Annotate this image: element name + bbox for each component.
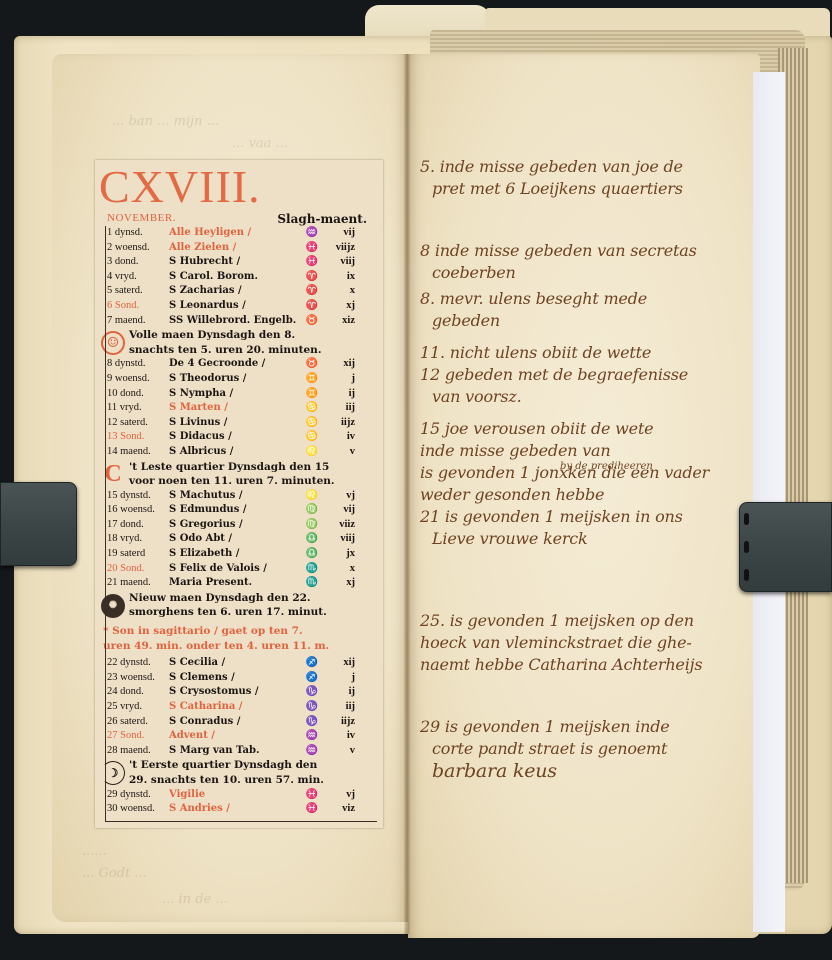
moon-phase-last-quarter: C 't Leste quartier Dynsdagh den 15 voor… — [107, 460, 377, 489]
zodiac-sign-icon: ♋ — [299, 401, 325, 416]
note-entry-11-12: 11. nicht ulens obiit de wette 12 gebede… — [420, 342, 755, 408]
zodiac-sign-icon: ♑ — [299, 715, 325, 730]
zodiac-sign-icon: ♍ — [299, 518, 325, 533]
zodiac-sign-icon: ♋ — [299, 430, 325, 445]
bleed-through-text: ... Godt ... — [82, 866, 147, 881]
zodiac-sign-icon: ♏ — [299, 562, 325, 577]
saint-name: S Felix de Valois / — [169, 562, 299, 577]
calendar-day-row: 3 dond.S Hubrecht /♓viij — [107, 255, 377, 270]
golden-number: iij — [325, 700, 355, 715]
golden-number: iv — [325, 430, 355, 445]
saint-name: S Clemens / — [169, 671, 299, 686]
bleed-through-text: ...... — [82, 844, 107, 859]
note-line: 5. inde misse gebeden van joe de — [420, 156, 755, 178]
moon-phase-full: ☺ Volle maen Dynsdagh den 8. snachts ten… — [107, 328, 377, 357]
zodiac-sign-icon: ♈ — [299, 270, 325, 285]
saint-name: Alle Zielen / — [169, 241, 299, 256]
golden-number: v — [325, 445, 355, 460]
day-label: 27 Sond. — [107, 729, 169, 744]
saint-name: Advent / — [169, 729, 299, 744]
day-label: 19 saterd — [107, 547, 169, 562]
moon-phase-new: ✺ Nieuw maen Dynsdagh den 22. smorghens … — [107, 591, 377, 620]
moon-phase-text: Volle maen Dynsdagh den 8. — [129, 328, 321, 343]
saint-name: S Livinus / — [169, 416, 299, 431]
day-label: 7 maend. — [107, 314, 169, 329]
moon-phase-text: smorghens ten 6. uren 17. minut. — [129, 605, 327, 620]
calendar-day-row: 21 maend.Maria Present.♏xj — [107, 576, 377, 591]
golden-number: iijz — [325, 416, 355, 431]
calendar-day-row: 18 vryd.S Odo Abt /♎viij — [107, 532, 377, 547]
note-line: 21 is gevonden 1 meijsken in ons — [420, 506, 755, 528]
day-label: 26 saterd. — [107, 715, 169, 730]
calendar-day-row: 13 Sond.S Didacus /♋iv — [107, 430, 377, 445]
moon-phase-text: 't Leste quartier Dynsdagh den 15 — [129, 460, 335, 475]
moon-phase-text: 29. snachts ten 10. uren 57. min. — [129, 773, 324, 788]
zodiac-sign-icon: ♐ — [299, 656, 325, 671]
zodiac-sign-icon: ♈ — [299, 299, 325, 314]
saint-name: S Theodorus / — [169, 372, 299, 387]
calendar-day-row: 10 dond.S Nympha /♊ij — [107, 387, 377, 402]
saint-name: S Carol. Borom. — [169, 270, 299, 285]
day-label: 2 woensd. — [107, 241, 169, 256]
calendar-day-row: 6 Sond.S Leonardus /♈xj — [107, 299, 377, 314]
note-line: Lieve vrouwe kerck — [420, 528, 755, 550]
golden-number: jx — [325, 547, 355, 562]
day-label: 15 dynstd. — [107, 489, 169, 504]
zodiac-sign-icon: ♌ — [299, 489, 325, 504]
note-line: corte pandt straet is genoemt — [420, 738, 755, 760]
month-header: NOVEMBER. Slagh-maent. — [107, 212, 377, 226]
saint-name: S Hubrecht / — [169, 255, 299, 270]
sun-sign-note: * Son in sagittario / gaet op ten 7. ure… — [103, 624, 377, 653]
calendar-day-row: 20 Sond.S Felix de Valois /♏x — [107, 562, 377, 577]
note-line: van voorsz. — [420, 386, 755, 408]
zodiac-sign-icon: ♓ — [299, 255, 325, 270]
zodiac-sign-icon: ♉ — [299, 314, 325, 329]
calendar-day-row: 19 saterdS Elizabeth /♎jx — [107, 547, 377, 562]
zodiac-sign-icon: ♓ — [299, 241, 325, 256]
golden-number: vj — [325, 489, 355, 504]
zodiac-sign-icon: ♓ — [299, 802, 325, 817]
calendar-day-row: 24 dond.S Crysostomus /♑ij — [107, 685, 377, 700]
calendar-day-row: 25 vryd.S Catharina /♑iij — [107, 700, 377, 715]
calendar-day-row: 8 dynstd.De 4 Gecroonde /♉xij — [107, 357, 377, 372]
zodiac-sign-icon: ♎ — [299, 547, 325, 562]
note-line: barbara keus — [420, 760, 755, 782]
note-line: 8 inde misse gebeden van secretas — [420, 240, 755, 262]
note-entry-8a: 8 inde misse gebeden van secretas coeber… — [420, 240, 755, 284]
note-line: hoeck van vleminckstraet die ghe- — [420, 632, 755, 654]
calendar-block-2: 8 dynstd.De 4 Gecroonde /♉xij9 woensd.S … — [107, 357, 377, 459]
left-clasp — [0, 482, 77, 566]
gutter — [404, 54, 410, 934]
golden-number: j — [325, 372, 355, 387]
day-label: 25 vryd. — [107, 700, 169, 715]
day-label: 5 saterd. — [107, 284, 169, 299]
moon-phase-text: voor noen ten 11. uren 7. minuten. — [129, 474, 335, 489]
golden-number: viij — [325, 255, 355, 270]
moon-phase-first-quarter: ☽ 't Eerste quartier Dynsdagh den 29. sn… — [107, 758, 377, 787]
almanac-calendar-leaf: CXVIII. NOVEMBER. Slagh-maent. 1 dynsd.A… — [95, 160, 383, 828]
zodiac-sign-icon: ♎ — [299, 532, 325, 547]
calendar-day-row: 14 maend.S Albricus /♌v — [107, 445, 377, 460]
saint-name: S Gregorius / — [169, 518, 299, 533]
saint-name: S Nympha / — [169, 387, 299, 402]
calendar-day-row: 15 dynstd.S Machutus /♌vj — [107, 489, 377, 504]
clasp-rivet-hole — [744, 513, 749, 525]
golden-number: xij — [325, 656, 355, 671]
calendar-day-row: 23 woensd.S Clemens /♐j — [107, 671, 377, 686]
saint-name: S Elizabeth / — [169, 547, 299, 562]
day-label: 14 maend. — [107, 445, 169, 460]
calendar-day-row: 16 woensd.S Edmundus /♍vij — [107, 503, 377, 518]
day-label: 12 saterd. — [107, 416, 169, 431]
calendar-block-3: 15 dynstd.S Machutus /♌vj16 woensd.S Edm… — [107, 489, 377, 591]
note-line: coeberben — [420, 262, 755, 284]
note-line: 25. is gevonden 1 meijsken op den — [420, 610, 755, 632]
calendar-day-row: 30 woensd.S Andries /♓viz — [107, 802, 377, 817]
calendar-day-row: 7 maend.SS Willebrord. Engelb.♉xiz — [107, 314, 377, 329]
right-clasp — [739, 502, 832, 592]
golden-number: vij — [325, 503, 355, 518]
calendar-day-row: 27 Sond.Advent /♒iv — [107, 729, 377, 744]
day-label: 6 Sond. — [107, 299, 169, 314]
golden-number: xj — [325, 576, 355, 591]
clasp-rivet-hole — [744, 541, 749, 553]
golden-number: viiz — [325, 518, 355, 533]
day-label: 20 Sond. — [107, 562, 169, 577]
saint-name: S Andries / — [169, 802, 299, 817]
golden-number: xiz — [325, 314, 355, 329]
zodiac-sign-icon: ♑ — [299, 685, 325, 700]
calendar-day-row: 1 dynsd.Alle Heyligen /♒vij — [107, 226, 377, 241]
saint-name: S Didacus / — [169, 430, 299, 445]
month-latin: NOVEMBER. — [107, 212, 176, 226]
note-line: 8. mevr. ulens beseght mede — [420, 288, 755, 310]
note-line: 12 gebeden met de begraefenisse — [420, 364, 755, 386]
zodiac-sign-icon: ♋ — [299, 416, 325, 431]
calendar-day-row: 28 maend.S Marg van Tab.♒v — [107, 744, 377, 759]
day-label: 1 dynsd. — [107, 226, 169, 241]
folio-number: CXVIII. — [99, 164, 377, 210]
note-entry-15: 15 joe verousen obiit de wete inde misse… — [420, 418, 755, 506]
day-label: 28 maend. — [107, 744, 169, 759]
note-line: 15 joe verousen obiit de wete — [420, 418, 755, 440]
saint-name: S Marg van Tab. — [169, 744, 299, 759]
golden-number: iv — [325, 729, 355, 744]
golden-number: xj — [325, 299, 355, 314]
border-rule — [105, 226, 106, 822]
golden-number: x — [325, 284, 355, 299]
day-label: 30 woensd. — [107, 802, 169, 817]
zodiac-sign-icon: ♒ — [299, 729, 325, 744]
saint-name: SS Willebrord. Engelb. — [169, 314, 299, 329]
saint-name: S Edmundus / — [169, 503, 299, 518]
calendar-day-row: 5 saterd.S Zacharias /♈x — [107, 284, 377, 299]
zodiac-sign-icon: ♏ — [299, 576, 325, 591]
clasp-rivet-hole — [744, 569, 749, 581]
day-label: 21 maend. — [107, 576, 169, 591]
golden-number: xij — [325, 357, 355, 372]
day-label: 16 woensd. — [107, 503, 169, 518]
saint-name: S Odo Abt / — [169, 532, 299, 547]
calendar-day-row: 17 dond.S Gregorius /♍viiz — [107, 518, 377, 533]
moon-phase-text: 't Eerste quartier Dynsdagh den — [129, 758, 324, 773]
note-line: weder gesonden hebbe — [420, 484, 755, 506]
saint-name: S Albricus / — [169, 445, 299, 460]
border-rule — [105, 821, 377, 822]
note-entry-21: 21 is gevonden 1 meijsken in ons Lieve v… — [420, 506, 755, 550]
day-label: 13 Sond. — [107, 430, 169, 445]
saint-name: S Leonardus / — [169, 299, 299, 314]
zodiac-sign-icon: ♑ — [299, 700, 325, 715]
saint-name: S Machutus / — [169, 489, 299, 504]
month-dutch: Slagh-maent. — [277, 212, 367, 226]
calendar-day-row: 9 woensd.S Theodorus /♊j — [107, 372, 377, 387]
day-label: 11 vryd. — [107, 401, 169, 416]
golden-number: ij — [325, 387, 355, 402]
day-label: 10 dond. — [107, 387, 169, 402]
bleed-through-text: ... vaa ... — [232, 136, 288, 151]
zodiac-sign-icon: ♒ — [299, 744, 325, 759]
saint-name: Vigilie — [169, 788, 299, 803]
calendar-day-row: 11 vryd.S Marten /♋iij — [107, 401, 377, 416]
golden-number: viz — [325, 802, 355, 817]
saint-name: S Catharina / — [169, 700, 299, 715]
calendar-day-row: 4 vryd.S Carol. Borom.♈ix — [107, 270, 377, 285]
note-entry-25: 25. is gevonden 1 meijsken op den hoeck … — [420, 610, 755, 676]
saint-name: S Conradus / — [169, 715, 299, 730]
zodiac-sign-icon: ♊ — [299, 372, 325, 387]
golden-number: viijz — [325, 241, 355, 256]
day-label: 9 woensd. — [107, 372, 169, 387]
golden-number: ix — [325, 270, 355, 285]
saint-name: Alle Heyligen / — [169, 226, 299, 241]
golden-number: viij — [325, 532, 355, 547]
calendar-day-row: 26 saterd.S Conradus /♑iijz — [107, 715, 377, 730]
calendar-block-4: 22 dynstd.S Cecilia /♐xij23 woensd.S Cle… — [107, 656, 377, 758]
saint-name: S Cecilia / — [169, 656, 299, 671]
note-entry-5: 5. inde misse gebeden van joe de pret me… — [420, 156, 755, 200]
bleed-through-text: ... in de ... — [162, 892, 228, 907]
day-label: 29 dynstd. — [107, 788, 169, 803]
saint-name: Maria Present. — [169, 576, 299, 591]
calendar-day-row: 12 saterd.S Livinus /♋iijz — [107, 416, 377, 431]
zodiac-sign-icon: ♓ — [299, 788, 325, 803]
zodiac-sign-icon: ♒ — [299, 226, 325, 241]
note-line: 11. nicht ulens obiit de wette — [420, 342, 755, 364]
note-line: gebeden — [420, 310, 755, 332]
day-label: 3 dond. — [107, 255, 169, 270]
bleed-through-text: ... ban ... mijn ... — [112, 114, 219, 129]
calendar-day-row: 2 woensd.Alle Zielen /♓viijz — [107, 241, 377, 256]
zodiac-sign-icon: ♉ — [299, 357, 325, 372]
zodiac-sign-icon: ♐ — [299, 671, 325, 686]
note-line: pret met 6 Loeijkens quaertiers — [420, 178, 755, 200]
saint-name: De 4 Gecroonde / — [169, 357, 299, 372]
moon-phase-text: Nieuw maen Dynsdagh den 22. — [129, 591, 327, 606]
day-label: 8 dynstd. — [107, 357, 169, 372]
note-entry-8b: 8. mevr. ulens beseght mede gebeden — [420, 288, 755, 332]
calendar-block-5: 29 dynstd.Vigilie♓vj30 woensd.S Andries … — [107, 788, 377, 817]
day-label: 23 woensd. — [107, 671, 169, 686]
golden-number: j — [325, 671, 355, 686]
golden-number: ij — [325, 685, 355, 700]
day-label: 18 vryd. — [107, 532, 169, 547]
day-label: 17 dond. — [107, 518, 169, 533]
saint-name: S Crysostomus / — [169, 685, 299, 700]
note-line: naemt hebbe Catharina Achterheijs — [420, 654, 755, 676]
golden-number: vj — [325, 788, 355, 803]
saint-name: S Marten / — [169, 401, 299, 416]
note-line: 29 is gevonden 1 meijsken inde — [420, 716, 755, 738]
book-photo: ... ban ... mijn ... ... vaa ... ...... … — [0, 0, 832, 960]
sun-note-line: uren 49. min. onder ten 4. uren 11. m. — [103, 639, 377, 654]
golden-number: iij — [325, 401, 355, 416]
saint-name: S Zacharias / — [169, 284, 299, 299]
golden-number: v — [325, 744, 355, 759]
zodiac-sign-icon: ♈ — [299, 284, 325, 299]
zodiac-sign-icon: ♌ — [299, 445, 325, 460]
day-label: 24 dond. — [107, 685, 169, 700]
day-label: 4 vryd. — [107, 270, 169, 285]
day-label: 22 dynstd. — [107, 656, 169, 671]
golden-number: vij — [325, 226, 355, 241]
interlinear-insertion: by de prediheeren — [560, 456, 653, 478]
zodiac-sign-icon: ♊ — [299, 387, 325, 402]
golden-number: x — [325, 562, 355, 577]
golden-number: iijz — [325, 715, 355, 730]
calendar-day-row: 22 dynstd.S Cecilia /♐xij — [107, 656, 377, 671]
note-entry-29: 29 is gevonden 1 meijsken inde corte pan… — [420, 716, 755, 782]
moon-phase-text: snachts ten 5. uren 20. minuten. — [129, 343, 321, 358]
zodiac-sign-icon: ♍ — [299, 503, 325, 518]
calendar-day-row: 29 dynstd.Vigilie♓vj — [107, 788, 377, 803]
calendar-block-1: 1 dynsd.Alle Heyligen /♒vij2 woensd.Alle… — [107, 226, 377, 328]
sun-note-line: * Son in sagittario / gaet op ten 7. — [103, 624, 377, 639]
